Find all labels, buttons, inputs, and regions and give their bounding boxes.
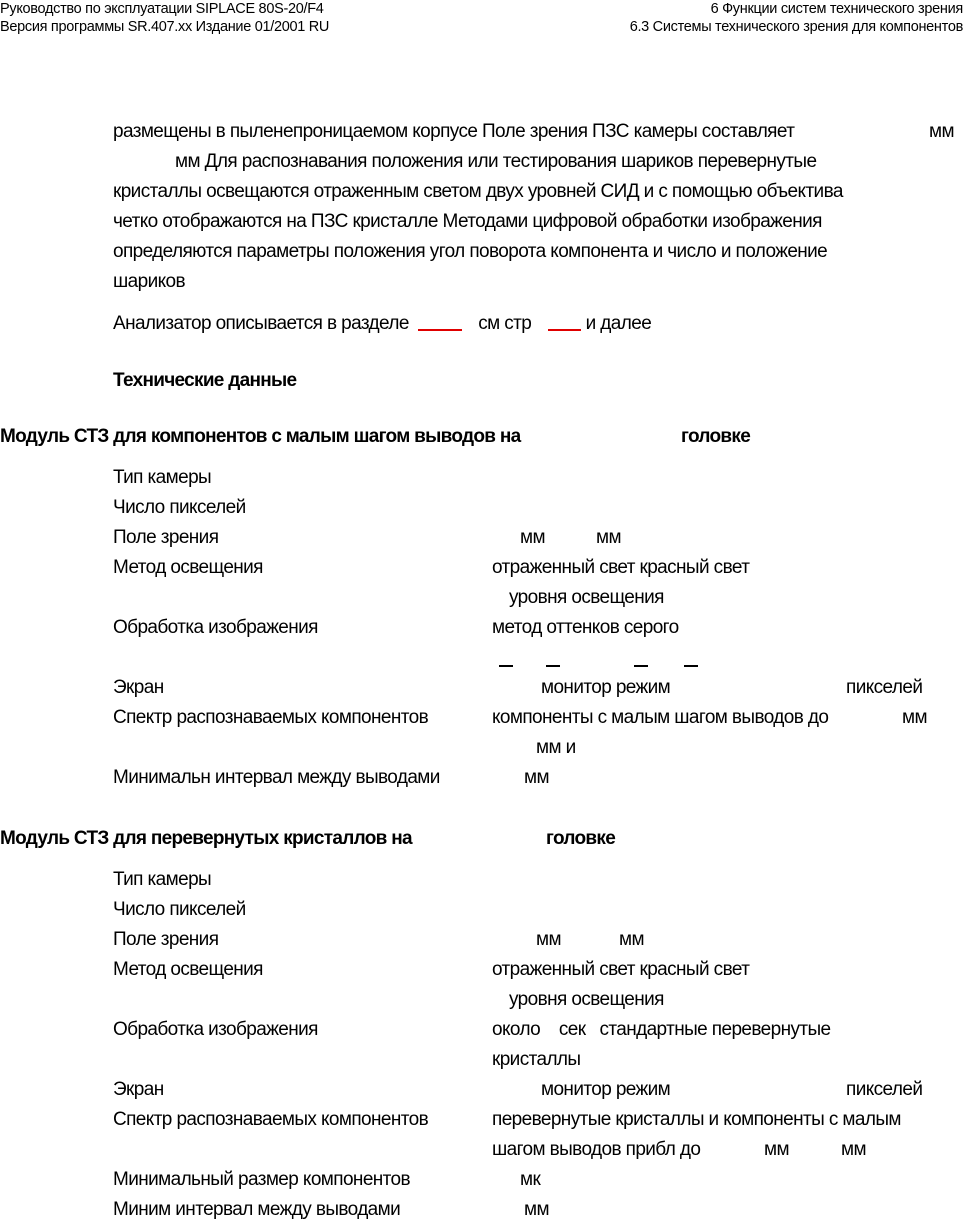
intro-line-5: определяются параметры положения угол по… bbox=[113, 241, 827, 263]
m2-fov-label: Поле зрения bbox=[113, 929, 218, 951]
m1-screen-monitor: монитор режим bbox=[541, 677, 670, 699]
header-chapter: 6 Функции систем технического зрения bbox=[711, 0, 963, 18]
tech-data-heading: Технические данные bbox=[113, 370, 296, 392]
module2-title: Модуль СТЗ для перевернутых кристаллов н… bbox=[0, 828, 412, 850]
m2-range-value-2: шагом выводов прибл до bbox=[492, 1139, 700, 1161]
m1-range-label: Спектр распознаваемых компонентов bbox=[113, 707, 428, 729]
intro-line-4: четко отображаются на ПЗС кристалле Мето… bbox=[113, 211, 822, 233]
m2-fov-unit-1: мм bbox=[536, 929, 561, 951]
m2-minsize-unit: мк bbox=[520, 1169, 540, 1191]
header-manual-title: Руководство по эксплуатации SIPLACE 80S-… bbox=[0, 0, 324, 18]
m1-blank-dash-1 bbox=[499, 665, 513, 667]
module2-title-suffix: головке bbox=[546, 828, 615, 850]
m1-range-unit: мм bbox=[902, 707, 927, 729]
m2-processing-value: около сек стандартные перевернутые bbox=[492, 1019, 831, 1041]
intro-line-2: мм Для распознавания положения или тести… bbox=[175, 151, 816, 173]
m1-fov-unit-2: мм bbox=[596, 527, 621, 549]
section-link[interactable] bbox=[418, 329, 462, 331]
intro-line-6: шариков bbox=[113, 271, 185, 293]
m1-blank-dash-2 bbox=[546, 665, 560, 667]
analyzer-reference: Анализатор описывается в разделе см стр … bbox=[113, 313, 651, 335]
m1-blank-dash-3 bbox=[634, 665, 648, 667]
m1-pitch-label: Минимальн интервал между выводами bbox=[113, 767, 440, 789]
header-version: Версия программы SR.407.xx Издание 01/20… bbox=[0, 18, 329, 36]
m2-screen-monitor: монитор режим bbox=[541, 1079, 670, 1101]
m1-lighting-value: отраженный свет красный свет bbox=[492, 557, 749, 579]
analyzer-text-middle: см стр bbox=[478, 313, 531, 334]
analyzer-text-before: Анализатор описывается в разделе bbox=[113, 313, 409, 334]
m2-lighting-label: Метод освещения bbox=[113, 959, 263, 981]
m1-screen-pixels: пикселей bbox=[846, 677, 922, 699]
m2-screen-label: Экран bbox=[113, 1079, 164, 1101]
m2-camera-type-label: Тип камеры bbox=[113, 869, 211, 891]
m2-range-value: перевернутые кристаллы и компоненты с ма… bbox=[492, 1109, 901, 1131]
m1-fov-unit-1: мм bbox=[520, 527, 545, 549]
m1-processing-value: метод оттенков серого bbox=[492, 617, 679, 639]
m1-camera-type-label: Тип камеры bbox=[113, 467, 211, 489]
m2-range-label: Спектр распознаваемых компонентов bbox=[113, 1109, 428, 1131]
intro-line-3: кристаллы освещаются отраженным светом д… bbox=[113, 181, 843, 203]
module1-title-suffix: головке bbox=[681, 426, 750, 448]
m2-screen-pixels: пикселей bbox=[846, 1079, 922, 1101]
m1-range-value: компоненты с малым шагом выводов до bbox=[492, 707, 828, 729]
m1-processing-label: Обработка изображения bbox=[113, 617, 318, 639]
m2-fov-unit-2: мм bbox=[619, 929, 644, 951]
intro-line-1-unit: мм bbox=[929, 121, 954, 143]
m2-pitch-label: Миним интервал между выводами bbox=[113, 1199, 400, 1221]
intro-line-1: размещены в пыленепроницаемом корпусе По… bbox=[113, 121, 794, 143]
m1-fov-label: Поле зрения bbox=[113, 527, 218, 549]
m2-lighting-value: отраженный свет красный свет bbox=[492, 959, 749, 981]
header-section: 6.3 Системы технического зрения для комп… bbox=[630, 18, 963, 36]
m2-processing-label: Обработка изображения bbox=[113, 1019, 318, 1041]
m1-screen-label: Экран bbox=[113, 677, 164, 699]
m1-lighting-label: Метод освещения bbox=[113, 557, 263, 579]
module1-title: Модуль СТЗ для компонентов с малым шагом… bbox=[0, 426, 521, 448]
analyzer-text-after: и далее bbox=[586, 313, 652, 334]
m1-blank-dash-4 bbox=[684, 665, 698, 667]
m1-pitch-unit: мм bbox=[524, 767, 549, 789]
m2-range-unit-2: мм bbox=[841, 1139, 866, 1161]
m1-pixels-label: Число пикселей bbox=[113, 497, 246, 519]
m2-lighting-levels: уровня освещения bbox=[509, 989, 664, 1011]
m1-lighting-levels: уровня освещения bbox=[509, 587, 664, 609]
m2-minsize-label: Минимальный размер компонентов bbox=[113, 1169, 410, 1191]
m2-range-unit-1: мм bbox=[764, 1139, 789, 1161]
m2-processing-value-2: кристаллы bbox=[492, 1049, 580, 1071]
m2-pixels-label: Число пикселей bbox=[113, 899, 246, 921]
m1-range-value-2: мм и bbox=[536, 737, 576, 759]
m2-pitch-unit: мм bbox=[524, 1199, 549, 1221]
page-link[interactable] bbox=[548, 329, 581, 331]
